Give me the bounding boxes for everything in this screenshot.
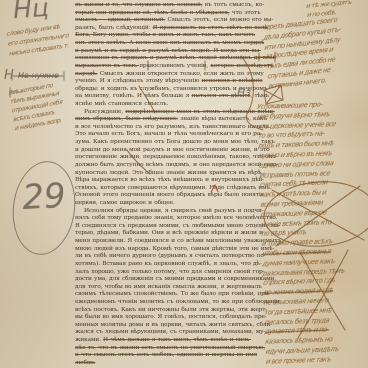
printed-line: церкви, самое широкое и общее. — [75, 200, 175, 208]
struck-text: И чѣмъ дальше я такъ жилъ, тѣмъ яснѣе и … — [103, 337, 251, 343]
left-struck-word: Не нужно — [18, 71, 59, 80]
handwritten-line: считая себѣ тѣ мысли — [259, 179, 328, 189]
printed-text: ли въ себѣ ничего дурного (дурнымъ я счи… — [75, 253, 266, 259]
printed-text: въ тотъ смыслъ, ко- — [202, 2, 264, 8]
handwritten-line: всеми требованіями — [260, 199, 324, 209]
printed-line: народѣ. Смыслъ жизни откроется только, е… — [75, 71, 264, 79]
printed-text: терью, дѣдами, бабками. Они и всѣ прежні… — [75, 230, 263, 236]
printed-line: ученію. И я слѣдовалъ этому вѣроученію и… — [75, 78, 263, 86]
struck-text: и что смыслъ этотъ есть любовь, единеніе… — [75, 352, 257, 358]
printed-line: жался съ людьми вѣрующими, съ странникам… — [75, 329, 265, 337]
printed-line: въ жизни и то, что служило имъ основой, … — [75, 2, 264, 10]
struck-text: торый они придавали ей, тѣмъ болѣе я убѣ… — [75, 10, 229, 16]
printed-text: и все человѣчество съ его разумомъ, изъ … — [75, 124, 270, 130]
printed-line: терью, дѣдами, бабками. Они и всѣ прежні… — [75, 230, 263, 238]
struck-text: въ жизни и то, что служило имъ основой, — [75, 2, 202, 8]
printed-text: лалъ хорошо, уже только потому, что для … — [75, 269, 264, 275]
printed-line: купностью людей. Это общее знаніе жизни … — [75, 170, 263, 178]
printed-text: своимъ тѣлеснымъ спокойствіемъ. То же бы… — [75, 291, 269, 297]
printed-text: Я соединялся съ предками моими, съ любим… — [75, 223, 280, 229]
printed-line: смыслъ — единый, истинный. Смыслъ этотъ,… — [75, 17, 273, 25]
printed-text: разить, былъ слѣдующій: — [75, 25, 153, 31]
printed-text: мною людей изъ народа. Кромѣ того, самыя… — [75, 246, 274, 252]
printed-line: яснѣе мнѣ становился смыслъ. — [75, 101, 168, 109]
printed-text: вы были во имя хорошаго. Я говѣлъ, пости… — [75, 314, 267, 320]
handwritten-line: отражающее вѣрное — [260, 208, 327, 218]
printed-text: должно быть доступно всѣмъ людямъ, и оно… — [75, 162, 278, 168]
struck-text: народѣ. — [75, 71, 98, 77]
printed-line: торый они придавали ей, тѣмъ болѣе я убѣ… — [75, 10, 260, 18]
struck-text: выражается въ томъ — [75, 63, 139, 69]
printed-text: Это начало есть Богъ, начало и тѣла чело… — [75, 131, 262, 137]
struck-text: нимъ обрядамъ, было слѣдующее: — [75, 116, 178, 122]
printed-line: и что смыслъ этотъ есть любовь, единеніе… — [75, 352, 257, 360]
printed-line: меня произвели. Я соединялся и со всѣми … — [75, 238, 281, 246]
struck-text: которое исповѣдуетъ — [210, 63, 273, 69]
printed-text: жался съ людьми вѣрующими, съ странникам… — [75, 329, 265, 335]
handwritten-line: не взыскивая ничего — [263, 297, 329, 307]
printed-text: ученіи, — [185, 63, 211, 69]
printed-line: выражается въ томъ православномъ ученіи,… — [75, 63, 273, 71]
printed-text: яснѣе мнѣ становился смыслъ. — [75, 101, 168, 107]
handwritten-line: Успокаивающее про- — [256, 101, 323, 111]
printed-text: православномъ — [139, 63, 184, 69]
printed-line: должно быть доступно всѣмъ людямъ, и оно… — [75, 162, 278, 170]
printed-text: нялъ себя тому преданію знанія, которое … — [75, 215, 277, 221]
handwritten-line: по жизни людей и гдѣ — [263, 287, 334, 297]
printed-line: Основой этого подчиненія моего обрядамъ … — [75, 192, 264, 200]
struck-text: смыслъ — единый, истинный. — [75, 17, 165, 23]
printed-text: Основой этого подчиненія моего обрядамъ … — [75, 192, 264, 198]
handwritten-line: то во что вѣруетъ на- — [257, 130, 325, 140]
pencil-letter-left: Н — [4, 68, 14, 83]
handwritten-line: чтобы свои вѣрованья — [261, 247, 331, 257]
printed-text: Смыслъ этотъ, если можно его вы- — [165, 17, 273, 23]
printed-text: Вѣра выражается во всѣхъ тѣхъ внѣшнихъ и… — [75, 177, 264, 183]
handwritten-line: тогда святѣйшее мнѣ — [264, 306, 333, 316]
printed-line: Вѣра выражается во всѣхъ тѣхъ внѣшнихъ и… — [75, 177, 264, 185]
printed-line: дости ума, для сближенія съ моими предка… — [75, 276, 276, 284]
printed-text: ствіяхъ, которыя совершаются вѣрующими. … — [75, 185, 272, 191]
printed-text: дости ума, для сближенія съ моими предка… — [75, 276, 276, 282]
printed-line: вы были во имя хорошаго. Я говѣлъ, пости… — [75, 314, 267, 322]
printed-line: лалъ хорошо, уже только потому, что для … — [75, 269, 264, 277]
struck-text: любви. — [75, 360, 95, 366]
struck-text: и разумѣ и въ сердцѣ и разумѣ всѣхъ люде… — [75, 48, 261, 54]
printed-text: церкви, самое широкое и общее. — [75, 200, 175, 206]
printed-line: хотямъ). Вставая рано къ церковной служб… — [75, 261, 262, 269]
printed-line: словленное въ сердцахъ и разумѣ всѣхъ лю… — [75, 55, 276, 63]
struck-text: подкрѣпляющее меня въ этомъ слѣдованіи в… — [125, 109, 274, 115]
pencil-mark-mid: Нз — [237, 86, 251, 99]
printed-line: онъ этого хотѣть. А волю свою онъ написа… — [75, 40, 264, 48]
handwritten-line: думая наилучшее какъ — [262, 257, 336, 268]
printed-text: меня произвели. Я соединялся и со всѣми … — [75, 238, 281, 244]
printed-line: нимъ обрядамъ, было слѣдующее: знаніе вѣ… — [75, 116, 267, 124]
handwritten-line: однако ни одного слова — [258, 159, 334, 170]
printed-line: ли въ себѣ ничего дурного (дурнымъ я счи… — [75, 253, 266, 261]
printed-text: Разсужденіе, — [84, 109, 125, 115]
printed-text: для того, чтобы во имя исканія смысла жи… — [75, 284, 262, 290]
printed-line: своимъ тѣлеснымъ спокойствіемъ. То же бы… — [75, 291, 269, 299]
handwritten-line: казалось вѣрнымъ но — [265, 336, 334, 346]
printed-text: знаніе вѣры вытекаетъ, какъ — [178, 116, 267, 122]
printed-text: менныя молитвы дома и въ церкви, читалъ … — [75, 322, 272, 328]
struck-text: Бога, Богу нужно, чтобы я жилъ и жилъ та… — [75, 32, 255, 38]
printed-text: постигновеніе жизни, передаваемое поколѣ… — [75, 154, 276, 160]
struck-text: нѣе то, что въ жизни есть смыслъ не унич… — [75, 345, 265, 351]
printed-text: что этотъ — [229, 10, 260, 16]
printed-line: Бога, Богу нужно, чтобы я жилъ и жилъ та… — [75, 32, 255, 40]
printed-text: купностью людей. Это общее знаніе жизни … — [75, 170, 263, 176]
printed-text: зума. Какъ преемственно отъ Бога дошло д… — [75, 139, 275, 145]
handwritten-line: родъ и таково было мнѣ — [258, 140, 335, 151]
struck-text: исполняя и внѣшніе — [202, 78, 263, 84]
printed-text: на молитву, говѣлъ. И чѣмъ больше я — [75, 93, 191, 99]
printed-line: любви. — [75, 360, 95, 368]
printed-text: хотямъ). Вставая рано къ церковной служб… — [75, 261, 262, 267]
printed-text-column: въ жизни и то, что служило имъ основой, … — [75, 0, 263, 368]
printed-text: и дошли до меня мой разумъ и мое постигн… — [75, 147, 270, 153]
printed-line: ежедневномъ чтеніи молитвъ съ поклонами,… — [75, 299, 280, 307]
printed-line: Это начало есть Богъ, начало и тѣла чело… — [75, 131, 262, 139]
handwritten-line: ученіе всѣмъ тѣмъ кто — [260, 218, 332, 229]
handwritten-line: идучи дальше увидѣлъ — [265, 345, 339, 356]
manuscript-page: въ жизни и то, что служило имъ основой, … — [0, 0, 368, 368]
printed-line: жиками. И чѣмъ дальше я такъ жилъ, тѣмъ … — [75, 337, 251, 345]
printed-text: Исполняя обряды церкви, я смирялъ свой р… — [84, 208, 264, 214]
printed-text: всѣхъ постовъ. Какъ ни ничтожны были эти… — [75, 307, 267, 313]
printed-text: , тѣмъ — [250, 93, 268, 99]
printed-text: Смыслъ жизни откроется только, если жить… — [98, 71, 264, 77]
struck-text: онъ этого хотѣть. А волю свою онъ написа… — [75, 40, 264, 46]
handwritten-line: и только правѣе всѣхъ — [261, 238, 333, 249]
handwritten-line: чее будучи вѣрно тѣмъ — [257, 110, 331, 121]
printed-text: ученію. И я слѣдовалъ этому вѣроученію — [75, 78, 202, 84]
printed-line: зума. Какъ преемственно отъ Бога дошло д… — [75, 139, 275, 147]
pencil-mark-top-left: Нц — [12, 0, 50, 24]
printed-line: нялъ себя тому преданію знанія, которое … — [75, 215, 277, 223]
page-number-circle: 29 — [8, 158, 81, 259]
handwritten-line: и все прочее не такъ — [265, 355, 331, 365]
page-number: 29 — [21, 179, 66, 215]
printed-line: постигновеніе жизни, передаваемое поколѣ… — [75, 154, 276, 162]
printed-text: жиками. — [75, 337, 103, 343]
handwritten-line: думается тѣмъ и по- — [264, 326, 329, 336]
printed-text: ежедневномъ чтеніи молитвъ съ поклонами,… — [75, 299, 280, 305]
handwritten-line: какъ и хотѣлось бы и — [259, 189, 326, 199]
handwritten-line: нужно и вѣрно въ немъ — [258, 149, 333, 160]
struck-text: Я произошелъ на этотъ свѣтъ по волѣ — [153, 25, 268, 31]
struck-text: словленное въ сердцахъ и разумѣ всѣхъ лю… — [75, 55, 276, 61]
handwritten-line: по вѣрѣ училъ — [261, 229, 307, 239]
